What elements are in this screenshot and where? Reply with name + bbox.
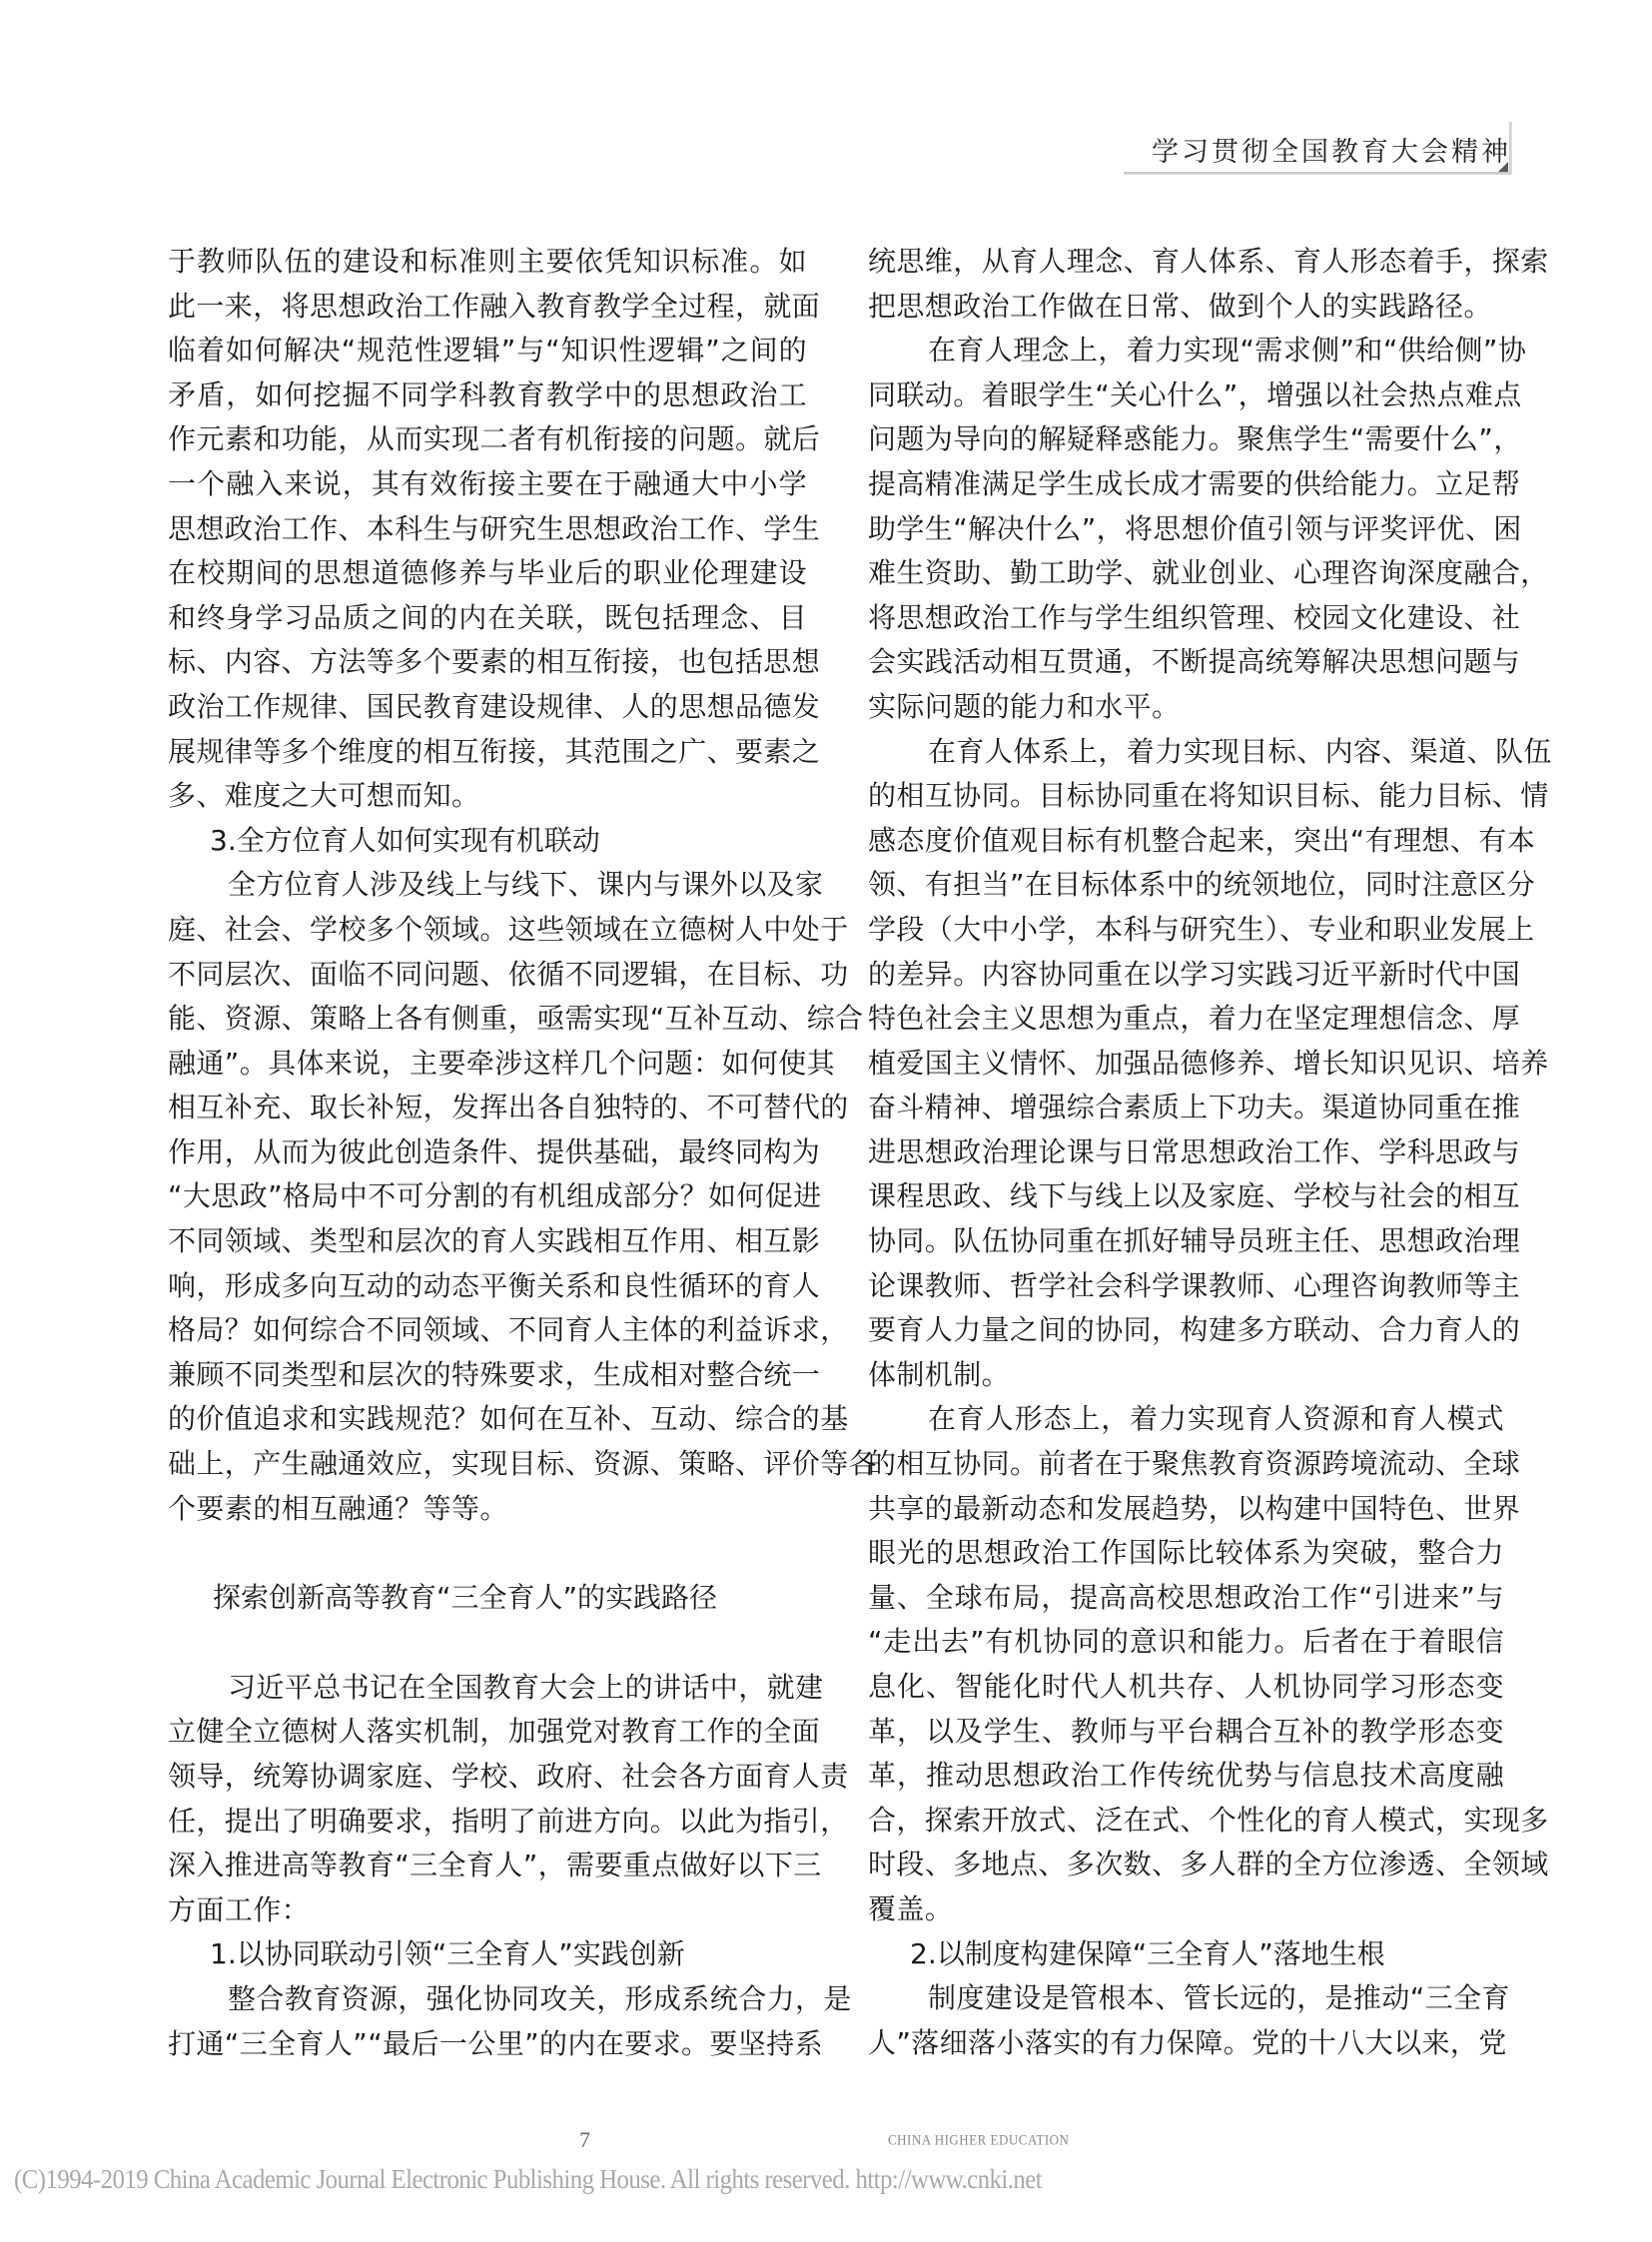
text-line: 领、有担当”在目标体系中的统领地位，同时注意区分 [868,863,1504,908]
text-line: 不同层次、面临不同问题、依循不同逻辑，在目标、功 [168,953,807,998]
text-line: 覆盖。 [868,1887,1504,1932]
text-line: 将思想政治工作与学生组织管理、校园文化建设、社 [868,596,1504,641]
text-line: 在育人理念上，着力实现“需求侧”和“供给侧”协 [868,329,1504,374]
running-header: 学习贯彻全国教育大会精神 [1124,122,1508,170]
text-line: 兼顾不同类型和层次的特殊要求，生成相对整合统一 [168,1353,807,1398]
text-line: 融通”。具体来说，主要牵涉这样几个问题：如何使其 [168,1042,807,1087]
text-line: 把思想政治工作做在日常、做到个人的实践路径。 [868,285,1504,330]
text-line: 临着如何解决“规范性逻辑”与“知识性逻辑”之间的 [168,329,807,374]
text-line: 感态度价值观目标有机整合起来，突出“有理想、有本 [868,819,1504,864]
text-line: 作元素和功能，从而实现二者有机衔接的问题。就后 [168,417,807,462]
spacer [168,1621,807,1666]
subheading-2: 2.以制度构建保障“三全育人”落地生根 [868,1932,1504,1977]
text-line: 共享的最新动态和发展趋势，以构建中国特色、世界 [868,1487,1504,1532]
text-line: 制度建设是管根本、管长远的，是推动“三全育 [868,1976,1504,2021]
text-line: 协同。队伍协同重在抓好辅导员班主任、思想政治理 [868,1219,1504,1264]
paragraph-intro: 习近平总书记在全国教育大会上的讲话中，就建 立健全立德树人落实机制，加强党对教育… [168,1666,807,1933]
text-line: 一个融入来说，其有效衔接主要在于融通大中小学 [168,462,807,507]
text-line: 深入推进高等教育“三全育人”，需要重点做好以下三 [168,1844,807,1888]
header-underline [1124,172,1511,175]
text-line: 相互补充、取长补短，发挥出各自独特的、不可替代的 [168,1086,807,1130]
text-line: 能、资源、策略上各有侧重，亟需实现“互补互动、综合 [168,997,807,1042]
text-line: 矛盾，如何挖掘不同学科教育教学中的思想政治工 [168,374,807,418]
text-line: 庭、社会、学校多个领域。这些领域在立德树人中处于 [168,908,807,953]
text-line: 论课教师、哲学社会科学课教师、心理咨询教师等主 [868,1264,1504,1309]
text-line: 要育人力量之间的协同，构建多方联动、合力育人的 [868,1308,1504,1353]
text-line: 在育人形态上，着力实现育人资源和育人模式 [868,1397,1504,1442]
text-line: 和终身学习品质之间的内在关联，既包括理念、目 [168,596,807,641]
paragraph-concept: 在育人理念上，着力实现“需求侧”和“供给侧”协 同联动。着眼学生“关心什么”，增… [868,329,1504,729]
text-line: 课程思政、线下与线上以及家庭、学校与社会的相互 [868,1174,1504,1219]
text-line: 眼光的思想政治工作国际比较体系为突破，整合力 [868,1531,1504,1576]
text-line: 奋斗精神、增强综合素质上下功夫。渠道协同重在推 [868,1086,1504,1130]
header-right-border [1509,122,1512,175]
spacer [168,1531,807,1576]
text-line: 标、内容、方法等多个要素的相互衔接，也包括思想 [168,640,807,685]
text-line: 植爱国主义情怀、加强品德修养、增长知识见识、培养 [868,1042,1504,1087]
text-line: 助学生“解决什么”，将思想价值引领与评奖评优、困 [868,507,1504,552]
left-column: 于教师队伍的建设和标准则主要依凭知识标准。如 此一来，将思想政治工作融入教育教学… [168,240,807,2066]
text-line: 体制机制。 [868,1353,1504,1398]
subheading-1: 1.以协同联动引领“三全育人”实践创新 [168,1932,807,1977]
right-column: 统思维，从育人理念、育人体系、育人形态着手，探索 把思想政治工作做在日常、做到个… [868,240,1504,2065]
paragraph-system: 在育人体系上，着力实现目标、内容、渠道、队伍 的相互协同。目标协同重在将知识目标… [868,730,1504,1398]
text-line: 革，以及学生、教师与平台耦合互补的教学形态变 [868,1710,1504,1755]
text-line: 难生资助、勤工助学、就业创业、心理咨询深度融合， [868,551,1504,596]
text-line: 整合教育资源，强化协同攻关，形成系统合力，是 [168,1977,807,2022]
subheading-3: 3.全方位育人如何实现有机联动 [168,819,807,864]
paragraph-continued: 统思维，从育人理念、育人体系、育人形态着手，探索 把思想政治工作做在日常、做到个… [868,240,1504,329]
text-line: 在校期间的思想道德修养与毕业后的职业伦理建设 [168,551,807,596]
text-line: 的价值追求和实践规范？如何在互补、互动、综合的基 [168,1397,807,1442]
text-line: 同联动。着眼学生“关心什么”，增强以社会热点难点 [868,374,1504,418]
page-number: 7 [579,2127,590,2153]
text-line: 响，形成多向互动的动态平衡关系和良性循环的育人 [168,1264,807,1309]
text-line: 础上，产生融通效应，实现目标、资源、策略、评价等各 [168,1442,807,1487]
text-line: 习近平总书记在全国教育大会上的讲话中，就建 [168,1666,807,1711]
text-line: 息化、智能化时代人机共存、人机协同学习形态变 [868,1665,1504,1710]
text-line: 特色社会主义思想为重点，着力在坚定理想信念、厚 [868,997,1504,1042]
text-line: 革，推动思想政治工作传统优势与信息技术高度融 [868,1754,1504,1799]
text-line: 格局？如何综合不同领域、不同育人主体的利益诉求， [168,1308,807,1353]
text-line: 作用，从而为彼此创造条件、提供基础，最终同构为 [168,1130,807,1175]
text-line: 思想政治工作、本科生与研究生思想政治工作、学生 [168,507,807,552]
corner-triangle-icon [1498,162,1508,172]
text-line: 时段、多地点、多次数、多人群的全方位渗透、全领域 [868,1843,1504,1887]
text-line: 合，探索开放式、泛在式、个性化的育人模式，实现多 [868,1799,1504,1844]
text-line: 打通“三全育人”“最后一公里”的内在要求。要坚持系 [168,2022,807,2067]
text-line: 实际问题的能力和水平。 [868,685,1504,730]
journal-name: CHINA HIGHER EDUCATION [888,2131,1069,2149]
paragraph-coordination: 整合教育资源，强化协同攻关，形成系统合力，是 打通“三全育人”“最后一公里”的内… [168,1977,807,2066]
text-line: 的相互协同。前者在于聚焦教育资源跨境流动、全球 [868,1442,1504,1487]
text-line: 提高精准满足学生成长成才需要的供给能力。立足帮 [868,462,1504,507]
paragraph-all-round: 全方位育人涉及线上与线下、课内与课外以及家 庭、社会、学校多个领域。这些领域在立… [168,863,807,1531]
text-line: 立健全立德树人落实机制，加强党对教育工作的全面 [168,1710,807,1755]
text-line: 个要素的相互融通？等等。 [168,1487,807,1532]
text-line: 不同领域、类型和层次的育人实践相互作用、相互影 [168,1219,807,1264]
paragraph-form: 在育人形态上，着力实现育人资源和育人模式 的相互协同。前者在于聚焦教育资源跨境流… [868,1397,1504,1931]
section-heading: 探索创新高等教育“三全育人”的实践路径 [168,1576,807,1621]
text-line: 进思想政治理论课与日常思想政治工作、学科思政与 [868,1130,1504,1175]
text-line: 问题为导向的解疑释惑能力。聚焦学生“需要什么”， [868,417,1504,462]
text-line: 方面工作： [168,1888,807,1933]
paragraph-continued: 于教师队伍的建设和标准则主要依凭知识标准。如 此一来，将思想政治工作融入教育教学… [168,240,807,819]
text-line: 在育人体系上，着力实现目标、内容、渠道、队伍 [868,730,1504,775]
text-line: 任，提出了明确要求，指明了前进方向。以此为指引， [168,1800,807,1845]
text-line: 的相互协同。目标协同重在将知识目标、能力目标、情 [868,774,1504,819]
paragraph-institution: 制度建设是管根本、管长远的，是推动“三全育 人”落细落小落实的有力保障。党的十八… [868,1976,1504,2065]
text-line: 会实践活动相互贯通，不断提高统筹解决思想问题与 [868,640,1504,685]
text-line: “大思政”格局中不可分割的有机组成部分？如何促进 [168,1174,807,1219]
text-line: “走出去”有机协同的意识和能力。后者在于着眼信 [868,1620,1504,1665]
text-line: 展规律等多个维度的相互衔接，其范围之广、要素之 [168,730,807,775]
text-line: 人”落细落小落实的有力保障。党的十八大以来，党 [868,2021,1504,2066]
copyright-notice: (C)1994-2019 China Academic Journal Elec… [14,2164,1042,2195]
text-line: 此一来，将思想政治工作融入教育教学全过程，就面 [168,285,807,330]
text-line: 学段（大中小学，本科与研究生）、专业和职业发展上 [868,908,1504,953]
text-line: 的差异。内容协同重在以学习实践习近平新时代中国 [868,953,1504,998]
section-title: 学习贯彻全国教育大会精神 [1152,130,1511,169]
text-line: 量、全球布局，提高高校思想政治工作“引进来”与 [868,1576,1504,1621]
text-line: 统思维，从育人理念、育人体系、育人形态着手，探索 [868,240,1504,285]
text-line: 于教师队伍的建设和标准则主要依凭知识标准。如 [168,240,807,285]
text-line: 全方位育人涉及线上与线下、课内与课外以及家 [168,863,807,908]
text-line: 多、难度之大可想而知。 [168,774,807,819]
text-line: 政治工作规律、国民教育建设规律、人的思想品德发 [168,685,807,730]
text-line: 领导，统筹协调家庭、学校、政府、社会各方面育人责 [168,1755,807,1800]
